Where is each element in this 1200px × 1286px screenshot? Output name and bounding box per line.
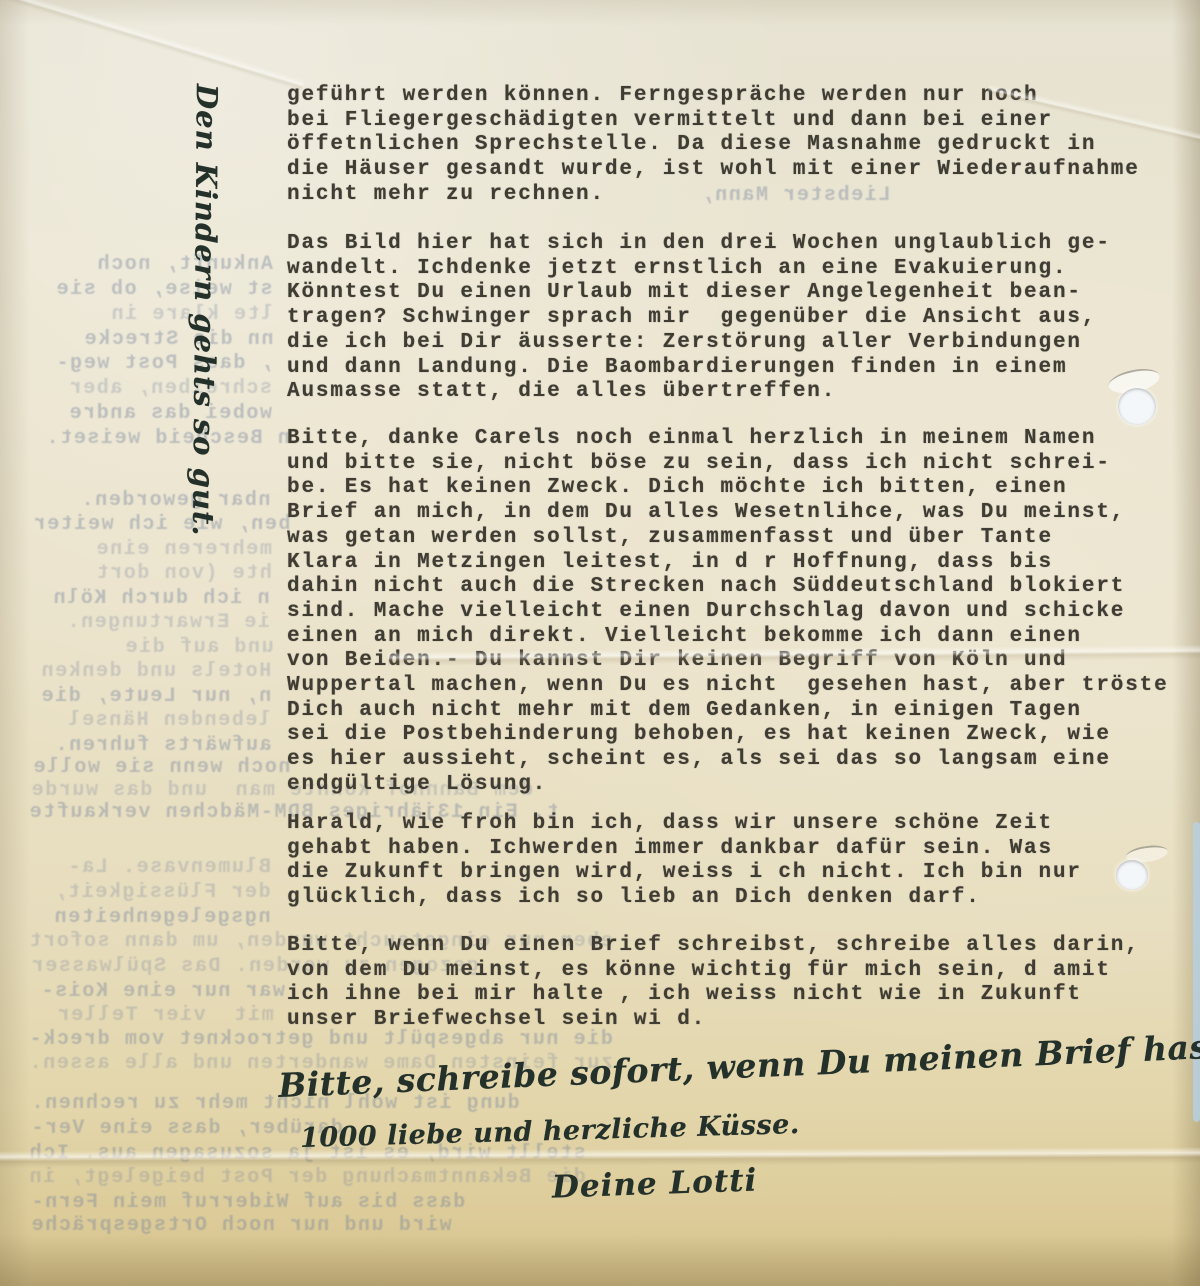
bleedthrough-line: mit vier Teller	[56, 1004, 274, 1028]
typed-paragraph-4: Harald, wie froh bin ich, dass wir unser…	[287, 812, 1082, 911]
typed-line: sei die Postbehinderung behoben, es hat …	[287, 723, 1169, 748]
bleedthrough-line: lebenden Hänsel	[67, 709, 271, 733]
typed-line: endgültige Lösung.	[287, 773, 1169, 798]
typed-line: Das Bild hier hat sich in den drei Woche…	[287, 232, 1111, 257]
bleedthrough-line: ie Erwartungen.	[66, 611, 270, 635]
scanner-background-sliver	[1193, 822, 1200, 1122]
bleedthrough-line: wobei das andre	[68, 402, 272, 426]
bleedthrough-line: wird und nur noch Ortsgespräche	[30, 1214, 452, 1238]
bleedthrough-line: nn die Strecke	[83, 328, 273, 352]
punch-hole-bottom	[1116, 860, 1148, 890]
bleedthrough-line: dass bis auf Widerruf mein Fern-	[30, 1191, 465, 1215]
typed-line: was getan werden sollst, zusammenfasst u…	[287, 526, 1169, 551]
typed-line: unser Briefwechsel sein wi d.	[287, 1008, 1140, 1033]
bleedthrough-line: ben, wie ich weiter	[32, 513, 290, 537]
bleedthrough-line: n, nur Leute, die	[40, 685, 271, 709]
bleedthrough-line: hte (von dort	[95, 562, 272, 586]
typed-line: be. Es hat keinen Zweck. Dich möchte ich…	[287, 476, 1169, 501]
typed-line: ich ihne bei mir halte , ich weiss nicht…	[287, 983, 1140, 1008]
punch-hole-top	[1118, 388, 1156, 425]
typed-line: von Beiden.- Du kannst Dir keinen Begrif…	[287, 649, 1169, 674]
typed-line: wandelt. Ichdenke jetzt ernstlich an ein…	[287, 257, 1111, 282]
bleedthrough-line: Ankunft, noch	[96, 253, 273, 277]
bleedthrough-line: n ich durch Köln	[52, 587, 270, 611]
bleedthrough-line: n Bescheid weiset.	[45, 427, 290, 451]
typed-line: sind. Mache vielleicht einen Durchschlag…	[287, 600, 1169, 625]
typed-line: es hier aussieht, scheint es, als sei da…	[287, 748, 1169, 773]
bleedthrough-line: war nur eine Kois-	[40, 980, 285, 1004]
bleedthrough-line: darüber, dass eine Ver-	[30, 1117, 343, 1141]
typed-line: Harald, wie froh bin ich, dass wir unser…	[287, 812, 1082, 837]
typed-line: und bitte sie, nicht böse zu sein, dass …	[287, 452, 1169, 477]
typed-line: tragen? Schwinger sprach mir gegenüber d…	[287, 306, 1111, 331]
paper-edge-shadow-top	[0, 0, 1200, 26]
typed-line: gehabt haben. Ichwerden immer dankbar da…	[287, 837, 1082, 862]
bleedthrough-line: schreiben, aber	[68, 377, 272, 401]
typed-line: einen an mich direkt. Vielleicht bekomme…	[287, 625, 1169, 650]
typed-line: geführt werden können. Ferngespräche wer…	[287, 84, 1140, 109]
bleedthrough-line: ngsgelegenheiten	[53, 906, 271, 930]
bleedthrough-line: mehreren eine	[95, 538, 272, 562]
typed-line: bei Fliegergeschädigten vermittelt und d…	[287, 109, 1140, 134]
typed-line: von dem Du meinst, es könne wichtig für …	[287, 959, 1140, 984]
bleedthrough-line: noch wenn sie wolle	[32, 756, 290, 780]
typed-line: die ich bei Dir äusserte: Zerstörung all…	[287, 331, 1111, 356]
typed-line: Wuppertal machen, wenn Du es nicht geseh…	[287, 674, 1169, 699]
typed-line: Könntest Du einen Urlaub mit dieser Ange…	[287, 281, 1111, 306]
typed-line: Bitte, danke Carels noch einmal herzlich…	[287, 427, 1169, 452]
typed-line: die Häuser gesandt wurde, ist wohl mit e…	[287, 158, 1140, 183]
typed-line: Brief an mich, in dem Du alles Wesetnlih…	[287, 501, 1169, 526]
signature-handwritten: Deine Lotti	[551, 1162, 757, 1205]
paper-edge-shadow-right	[1172, 0, 1200, 1286]
typed-line: und dann Landung. Die Baombardierungen f…	[287, 356, 1111, 381]
typed-paragraph-1: geführt werden können. Ferngespräche wer…	[287, 84, 1140, 208]
scanned-letter-page: { "page": { "kind": "scanned typewritten…	[0, 0, 1200, 1286]
bleedthrough-line: st weise, ob sie	[55, 278, 273, 302]
typed-line: Klara in Metzingen leitest, in d r Hoffn…	[287, 551, 1169, 576]
paper-crease	[0, 0, 304, 91]
bleedthrough-line: Blumenvase. La-	[67, 856, 271, 880]
bleedthrough-line: die Bekanntmachung der Post beigelegt, i…	[28, 1166, 586, 1190]
typed-paragraph-3: Bitte, danke Carels noch einmal herzlich…	[287, 427, 1169, 798]
typed-line: Ausmasse statt, die alles übertreffen.	[287, 380, 1111, 405]
bleedthrough-line: Hotels und denken	[40, 660, 271, 684]
paper-edge-shadow-bottom	[0, 1234, 1200, 1286]
typed-line: Dich auch nicht mehr mit dem Gedanken, i…	[287, 699, 1169, 724]
bleedthrough-line: nbar geworden.	[80, 489, 270, 513]
bleedthrough-line: der Flüssigkeit,	[53, 881, 271, 905]
typed-paragraph-5: Bitte, wenn Du einen Brief schreibst, sc…	[287, 934, 1140, 1033]
typed-line: dahin nicht auch die Strecken nach Südde…	[287, 575, 1169, 600]
paper-edge-shadow-left	[0, 0, 30, 1286]
bleedthrough-line: und auf die	[124, 636, 274, 660]
typed-line: die Zukunft bringen wird, weiss i ch nic…	[287, 861, 1082, 886]
margin-note-handwritten: Den Kindern gehts so gut.	[186, 84, 224, 524]
typed-line: glücklich, dass ich so lieb an Dich denk…	[287, 886, 1082, 911]
typed-line: öffetnlichen Sprechstelle. Da diese Masn…	[287, 133, 1140, 158]
typed-paragraph-2: Das Bild hier hat sich in den drei Woche…	[287, 232, 1111, 405]
typed-line: Bitte, wenn Du einen Brief schreibst, sc…	[287, 934, 1140, 959]
bleedthrough-line: , dass Post weg-	[55, 352, 273, 376]
bleedthrough-line: aufwärts fuhren.	[54, 734, 272, 758]
typed-line: nicht mehr zu rechnen.	[287, 183, 1140, 208]
